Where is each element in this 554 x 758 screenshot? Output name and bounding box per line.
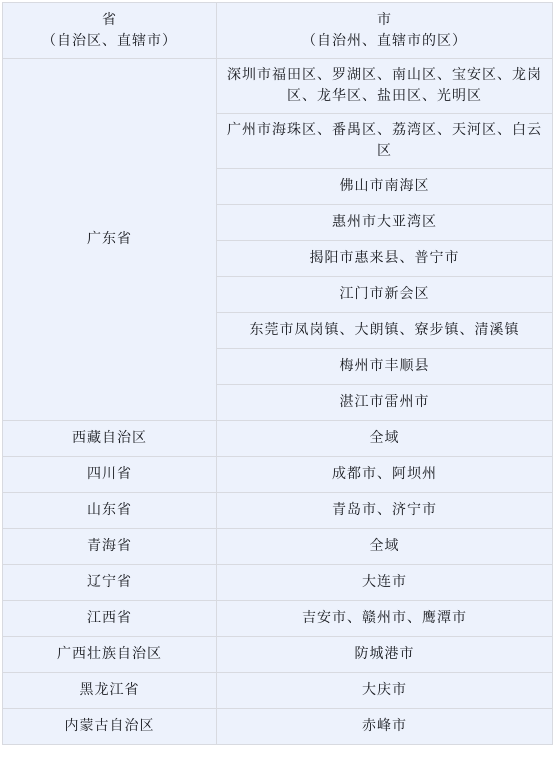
table-row: 广东省深圳市福田区、罗湖区、南山区、宝安区、龙岗区、龙华区、盐田区、光明区 [3, 59, 553, 114]
province-cell: 辽宁省 [3, 565, 217, 601]
city-cell: 湛江市雷州市 [217, 385, 553, 421]
city-cell: 东莞市凤岗镇、大朗镇、寮步镇、清溪镇 [217, 313, 553, 349]
table-row: 青海省全域 [3, 529, 553, 565]
city-cell: 大庆市 [217, 673, 553, 709]
city-cell: 赤峰市 [217, 709, 553, 745]
province-cell: 内蒙古自治区 [3, 709, 217, 745]
table-row: 江西省吉安市、赣州市、鹰潭市 [3, 601, 553, 637]
table-body: 广东省深圳市福田区、罗湖区、南山区、宝安区、龙岗区、龙华区、盐田区、光明区广州市… [3, 59, 553, 745]
city-cell: 揭阳市惠来县、普宁市 [217, 241, 553, 277]
city-cell: 深圳市福田区、罗湖区、南山区、宝安区、龙岗区、龙华区、盐田区、光明区 [217, 59, 553, 114]
header-city-line2: （自治州、直辖市的区） [227, 31, 542, 52]
city-cell: 佛山市南海区 [217, 169, 553, 205]
province-city-table: 省 （自治区、直辖市） 市 （自治州、直辖市的区） 广东省深圳市福田区、罗湖区、… [2, 2, 553, 745]
header-city-line1: 市 [227, 10, 542, 31]
table-row: 山东省青岛市、济宁市 [3, 493, 553, 529]
province-cell: 黑龙江省 [3, 673, 217, 709]
city-cell: 防城港市 [217, 637, 553, 673]
province-cell: 广东省 [3, 59, 217, 421]
province-cell: 青海省 [3, 529, 217, 565]
header-cell-province: 省 （自治区、直辖市） [3, 3, 217, 59]
header-province-line1: 省 [13, 10, 206, 31]
header-row: 省 （自治区、直辖市） 市 （自治州、直辖市的区） [3, 3, 553, 59]
province-cell: 广西壮族自治区 [3, 637, 217, 673]
header-cell-city: 市 （自治州、直辖市的区） [217, 3, 553, 59]
table-row: 西藏自治区全域 [3, 421, 553, 457]
table-row: 内蒙古自治区赤峰市 [3, 709, 553, 745]
province-cell: 山东省 [3, 493, 217, 529]
table-row: 广西壮族自治区防城港市 [3, 637, 553, 673]
city-cell: 吉安市、赣州市、鹰潭市 [217, 601, 553, 637]
table-header: 省 （自治区、直辖市） 市 （自治州、直辖市的区） [3, 3, 553, 59]
city-cell: 青岛市、济宁市 [217, 493, 553, 529]
city-cell: 全域 [217, 421, 553, 457]
city-cell: 成都市、阿坝州 [217, 457, 553, 493]
table-row: 辽宁省大连市 [3, 565, 553, 601]
city-cell: 大连市 [217, 565, 553, 601]
city-cell: 江门市新会区 [217, 277, 553, 313]
province-cell: 西藏自治区 [3, 421, 217, 457]
city-cell: 广州市海珠区、番禺区、荔湾区、天河区、白云区 [217, 114, 553, 169]
city-cell: 惠州市大亚湾区 [217, 205, 553, 241]
province-cell: 江西省 [3, 601, 217, 637]
province-cell: 四川省 [3, 457, 217, 493]
city-cell: 梅州市丰顺县 [217, 349, 553, 385]
table-row: 黑龙江省大庆市 [3, 673, 553, 709]
city-cell: 全域 [217, 529, 553, 565]
page: 省 （自治区、直辖市） 市 （自治州、直辖市的区） 广东省深圳市福田区、罗湖区、… [0, 0, 554, 758]
header-province-line2: （自治区、直辖市） [13, 31, 206, 52]
table-row: 四川省成都市、阿坝州 [3, 457, 553, 493]
